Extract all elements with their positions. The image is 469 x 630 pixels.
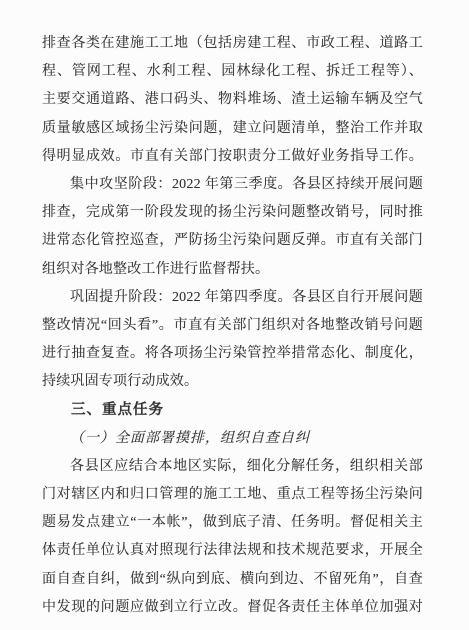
document-page: 排查各类在建施工工地（包括房建工程、市政工程、道路工 程、管网工程、水利工程、园…	[0, 0, 469, 630]
body-text-line: 面自查自纠，做到“纵向到底、横向到边、不留死角”，自查	[42, 566, 423, 594]
body-text-line: 体责任单位认真对照现行法律法规和技术规范要求，开展全	[42, 537, 423, 565]
body-text-line: 题易发点建立“一本帐”，做到底子清、任务明。督促相关主	[42, 509, 423, 537]
subsection-heading: （一）全面部署摸排，组织自查自纠	[42, 425, 423, 453]
body-text-line: 巩固提升阶段：2022 年第四季度。各县区自行开展问题	[42, 284, 423, 312]
body-text-line: 各县区应结合本地区实际，细化分解任务，组织相关部	[42, 453, 423, 481]
body-text-line: 组织对各地整改工作进行监督帮扶。	[42, 256, 423, 284]
section-heading: 三、重点任务	[42, 396, 423, 424]
body-text-line: 主要交通道路、港口码头、物料堆场、渣土运输车辆及空气	[42, 86, 423, 114]
body-text-line: 整改情况“回头看”。市直有关部门组织对各地整改销号问题	[42, 312, 423, 340]
document-text-block: 排查各类在建施工工地（包括房建工程、市政工程、道路工 程、管网工程、水利工程、园…	[42, 30, 423, 622]
body-text-line: 排查，完成第一阶段发现的扬尘污染问题整改销号，同时推	[42, 199, 423, 227]
body-text-line: 进常态化管控巡查，严防扬尘污染问题反弹。市直有关部门	[42, 227, 423, 255]
body-text-line: 集中攻坚阶段：2022 年第三季度。各县区持续开展问题	[42, 171, 423, 199]
body-text-line: 程、管网工程、水利工程、园林绿化工程、拆迁工程等）、	[42, 58, 423, 86]
body-text-line: 质量敏感区域扬尘污染问题，建立问题清单，整治工作并取	[42, 115, 423, 143]
body-text-line: 门对辖区内和归口管理的施工工地、重点工程等扬尘污染问	[42, 481, 423, 509]
body-text-line: 进行抽查复查。将各项扬尘污染管控举措常态化、制度化，	[42, 340, 423, 368]
body-text-line: 排查各类在建施工工地（包括房建工程、市政工程、道路工	[42, 30, 423, 58]
body-text-line: 得明显成效。市直有关部门按职责分工做好业务指导工作。	[42, 143, 423, 171]
body-text-line: 持续巩固专项行动成效。	[42, 368, 423, 396]
body-text-line: 中发现的问题应做到立行立改。督促各责任主体单位加强对	[42, 594, 423, 622]
